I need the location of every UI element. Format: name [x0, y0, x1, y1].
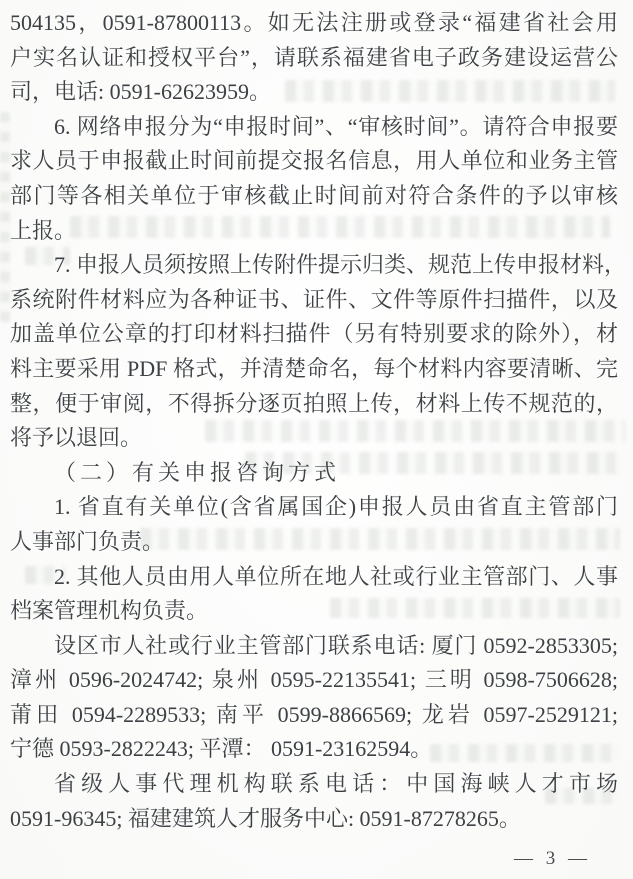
document-body: 504135，0591-87800113。如无法注册或登录“福建省社会用户实名认…: [10, 6, 618, 836]
section-2-heading: （二）有关申报咨询方式: [10, 456, 618, 491]
bleedthrough-artifact: [0, 112, 10, 322]
text-line: 司，电话: 0591-62623959。: [10, 75, 618, 110]
text-line: 设区市人社或行业主管部门联系电话: 厦门 0592-2853305;: [10, 629, 618, 664]
para-provincial-phones: 省级人事代理机构联系电话：中国海峡人才市场0591-96345; 福建建筑人才服…: [10, 767, 618, 836]
text-line: 504135，0591-87800113。如无法注册或登录“福建省社会用: [10, 6, 618, 41]
para-consult-2: 2. 其他人员由用人单位所在地人社或行业主管部门、人事档案管理机构负责。: [10, 560, 618, 629]
para-item-6: 6. 网络申报分为“申报时间”、“审核时间”。请符合申报要求人员于申报截止时间前…: [10, 110, 618, 248]
text-line: 整，便于审阅，不得拆分逐页拍照上传，材料上传不规范的，: [10, 387, 618, 422]
text-line: 漳州 0596-2024742; 泉州 0595-22135541; 三明 05…: [10, 663, 618, 698]
text-line: 人事部门负责。: [10, 525, 618, 560]
para-consult-1: 1. 省直有关单位(含省属国企)申报人员由省直主管部门人事部门负责。: [10, 490, 618, 559]
text-line: 料主要采用 PDF 格式，并清楚命名，每个材料内容要清晰、完: [10, 352, 618, 387]
para-registration-help: 504135，0591-87800113。如无法注册或登录“福建省社会用户实名认…: [10, 6, 618, 110]
text-line: 2. 其他人员由用人单位所在地人社或行业主管部门、人事: [10, 560, 618, 595]
text-line: （二）有关申报咨询方式: [10, 456, 618, 491]
text-line: 6. 网络申报分为“申报时间”、“审核时间”。请符合申报要: [10, 110, 618, 145]
scanned-document-page: 504135，0591-87800113。如无法注册或登录“福建省社会用户实名认…: [0, 0, 633, 879]
text-line: 加盖单位公章的打印材料扫描件（另有特别要求的除外），材: [10, 317, 618, 352]
text-line: 系统附件材料应为各种证书、证件、文件等原件扫描件，以及: [10, 283, 618, 318]
text-line: 7. 申报人员须按照上传附件提示归类、规范上传申报材料，: [10, 248, 618, 283]
text-line: 宁德 0593-2822243; 平潭： 0591-23162594。: [10, 732, 618, 767]
text-line: 求人员于申报截止时间前提交报名信息，用人单位和业务主管: [10, 144, 618, 179]
text-line: 省级人事代理机构联系电话：中国海峡人才市场: [10, 767, 618, 802]
text-line: 部门等各相关单位于审核截止时间前对符合条件的予以审核: [10, 179, 618, 214]
text-line: 户实名认证和授权平台”，请联系福建省电子政务建设运营公: [10, 41, 618, 76]
text-line: 上报。: [10, 214, 618, 249]
page-number: — 3 —: [514, 848, 591, 870]
para-city-phones: 设区市人社或行业主管部门联系电话: 厦门 0592-2853305;漳州 059…: [10, 629, 618, 767]
text-line: 0591-96345; 福建建筑人才服务中心: 0591-87278265。: [10, 802, 618, 837]
text-line: 将予以退回。: [10, 421, 618, 456]
para-item-7: 7. 申报人员须按照上传附件提示归类、规范上传申报材料，系统附件材料应为各种证书…: [10, 248, 618, 456]
text-line: 1. 省直有关单位(含省属国企)申报人员由省直主管部门: [10, 490, 618, 525]
text-line: 莆田 0594-2289533; 南平 0599-8866569; 龙岩 059…: [10, 698, 618, 733]
text-line: 档案管理机构负责。: [10, 594, 618, 629]
